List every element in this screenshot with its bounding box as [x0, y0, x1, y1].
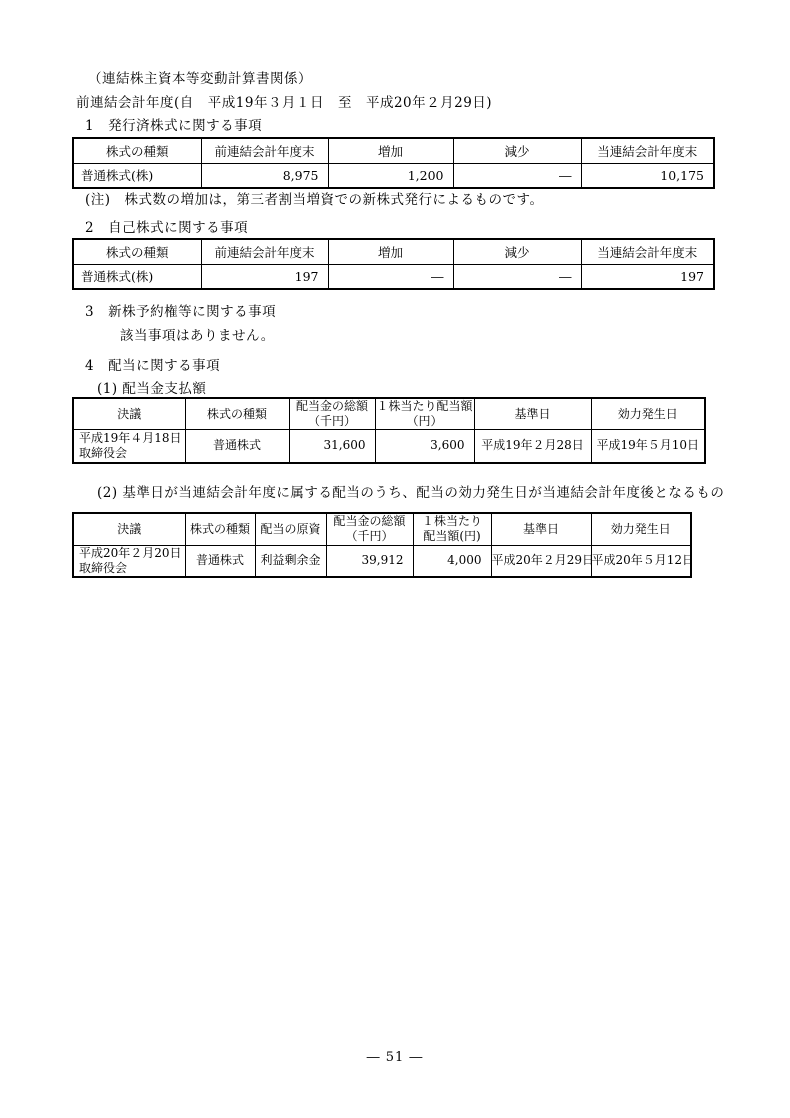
fiscal-period-line: 前連結会計年度(自 平成19年３月１日 至 平成20年２月29日) [76, 94, 492, 113]
column-header: 当連結会計年度末 [581, 138, 714, 163]
section1-heading: 1 発行済株式に関する事項 [85, 117, 262, 136]
section4-heading: 4 配当に関する事項 [85, 357, 220, 376]
table-header-row: 株式の種類 前連結会計年度末 増加 減少 当連結会計年度末 [73, 239, 714, 264]
section4-sub2-heading: (2) 基準日が当連結会計年度に属する配当のうち、配当の効力発生日が当連結会計年… [97, 484, 724, 503]
column-header: 基準日 [491, 513, 591, 545]
column-header: 配当の原資 [255, 513, 326, 545]
treasury-shares-table: 株式の種類 前連結会計年度末 増加 減少 当連結会計年度末 普通株式(株) 19… [72, 238, 715, 290]
column-header: 株式の種類 [185, 513, 255, 545]
table-cell: 197 [201, 264, 328, 289]
table-cell: 普通株式(株) [73, 163, 201, 188]
column-header: 決議 [73, 398, 185, 430]
table-cell: 普通株式(株) [73, 264, 201, 289]
column-header: 株式の種類 [185, 398, 289, 430]
table-cell: 平成20年２月20日 取締役会 [73, 545, 185, 577]
table-cell: 平成19年４月18日 取締役会 [73, 430, 185, 463]
column-header: １株当たり 配当額(円) [413, 513, 491, 545]
table-cell: ― [328, 264, 453, 289]
page-number: ― 51 ― [0, 1050, 790, 1065]
document-title: （連結株主資本等変動計算書関係） [88, 70, 312, 89]
column-header: 増加 [328, 239, 453, 264]
column-header: 前連結会計年度末 [201, 138, 328, 163]
dividends-after-period-table: 決議 株式の種類 配当の原資 配当金の総額 （千円） １株当たり 配当額(円) … [72, 512, 692, 578]
column-header: 増加 [328, 138, 453, 163]
section3-body: 該当事項はありません。 [120, 327, 275, 346]
table-cell: 普通株式 [185, 545, 255, 577]
column-header: 配当金の総額 （千円） [289, 398, 375, 430]
table-cell: 平成19年５月10日 [591, 430, 705, 463]
table-cell: 3,600 [375, 430, 474, 463]
column-header: 配当金の総額 （千円） [326, 513, 413, 545]
section2-heading: 2 自己株式に関する事項 [85, 219, 248, 238]
column-header: 効力発生日 [591, 398, 705, 430]
table-cell: 平成19年２月28日 [474, 430, 591, 463]
column-header: 株式の種類 [73, 239, 201, 264]
table-cell: 利益剰余金 [255, 545, 326, 577]
table-cell: 8,975 [201, 163, 328, 188]
table-row: 普通株式(株) 197 ― ― 197 [73, 264, 714, 289]
table-cell: 4,000 [413, 545, 491, 577]
column-header: 効力発生日 [591, 513, 691, 545]
table-cell: 39,912 [326, 545, 413, 577]
document-page: （連結株主資本等変動計算書関係） 前連結会計年度(自 平成19年３月１日 至 平… [0, 0, 790, 1118]
table-cell: 31,600 [289, 430, 375, 463]
column-header: １株当たり配当額 （円） [375, 398, 474, 430]
table-header-row: 決議 株式の種類 配当金の総額 （千円） １株当たり配当額 （円） 基準日 効力… [73, 398, 705, 430]
column-header: 当連結会計年度末 [581, 239, 714, 264]
table-header-row: 決議 株式の種類 配当の原資 配当金の総額 （千円） １株当たり 配当額(円) … [73, 513, 691, 545]
column-header: 株式の種類 [73, 138, 201, 163]
table-cell: 10,175 [581, 163, 714, 188]
column-header: 減少 [453, 239, 581, 264]
section3-heading: 3 新株予約権等に関する事項 [85, 303, 276, 322]
table-row: 平成20年２月20日 取締役会 普通株式 利益剰余金 39,912 4,000 … [73, 545, 691, 577]
dividends-paid-table: 決議 株式の種類 配当金の総額 （千円） １株当たり配当額 （円） 基準日 効力… [72, 397, 706, 464]
table-row: 平成19年４月18日 取締役会 普通株式 31,600 3,600 平成19年２… [73, 430, 705, 463]
column-header: 決議 [73, 513, 185, 545]
column-header: 減少 [453, 138, 581, 163]
table-cell: 197 [581, 264, 714, 289]
table-cell: 普通株式 [185, 430, 289, 463]
column-header: 基準日 [474, 398, 591, 430]
table-cell: ― [453, 163, 581, 188]
table-cell: 平成20年２月29日 [491, 545, 591, 577]
table-cell: 1,200 [328, 163, 453, 188]
table-cell: 平成20年５月12日 [591, 545, 691, 577]
issued-shares-table: 株式の種類 前連結会計年度末 増加 減少 当連結会計年度末 普通株式(株) 8,… [72, 137, 715, 189]
column-header: 前連結会計年度末 [201, 239, 328, 264]
section1-note: (注) 株式数の増加は，第三者割当増資での新株式発行によるものです。 [85, 191, 543, 210]
table-row: 普通株式(株) 8,975 1,200 ― 10,175 [73, 163, 714, 188]
table-header-row: 株式の種類 前連結会計年度末 増加 減少 当連結会計年度末 [73, 138, 714, 163]
table-cell: ― [453, 264, 581, 289]
